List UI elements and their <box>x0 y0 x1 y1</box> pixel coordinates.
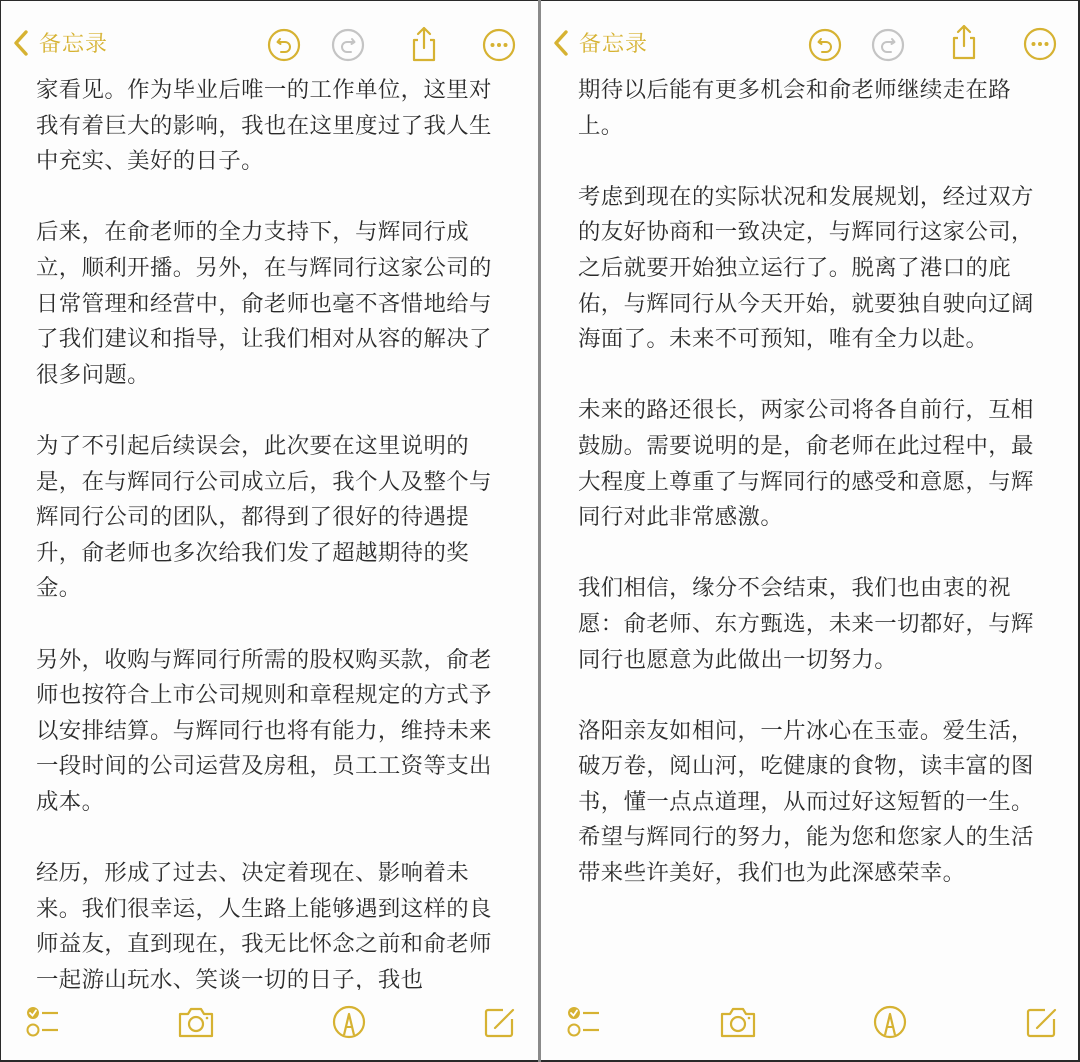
more-icon <box>482 28 516 62</box>
note-paragraph: 后来，在俞老师的全力支持下，与辉同行成立，顺利开播。另外，在与辉同行这家公司的日… <box>36 215 496 393</box>
redo-icon <box>871 28 905 62</box>
note-body[interactable]: 期待以后能有更多机会和俞老师继续走在路上。 考虑到现在的实际状况和发展规划，经过… <box>578 73 1038 927</box>
markup-button[interactable] <box>330 1004 368 1040</box>
checklist-button[interactable] <box>566 1004 604 1040</box>
note-paragraph: 洛阳亲友如相问，一片冰心在玉壶。爱生活，破万卷，阅山河，吃健康的食物，读丰富的图… <box>578 714 1038 892</box>
markup-pen-icon <box>330 1004 368 1040</box>
undo-icon <box>808 28 842 62</box>
note-paragraph: 家看见。作为毕业后唯一的工作单位，这里对我有着巨大的影响，我也在这里度过了我人生… <box>36 73 496 180</box>
note-paragraph: 经历，形成了过去、决定着现在、影响着未来。我们很幸运，人生路上能够遇到这样的良师… <box>36 856 496 998</box>
note-paragraph: 为了不引起后续误会，此次要在这里说明的是，在与辉同行公司成立后，我个人及整个与辉… <box>36 429 496 607</box>
share-button[interactable] <box>947 23 981 61</box>
notes-screen-right: 备忘录 期待以后能有更多机会和俞老师继续走在路上。 考虑到现在的实际状况和发展规… <box>541 1 1078 1060</box>
redo-icon <box>331 28 365 62</box>
checklist-icon <box>25 1004 63 1040</box>
share-icon <box>407 25 441 63</box>
redo-button[interactable] <box>331 28 365 62</box>
note-paragraph: 考虑到现在的实际状况和发展规划，经过双方的友好协商和一致决定，与辉同行这家公司，… <box>578 180 1038 358</box>
more-icon <box>1023 27 1057 61</box>
checklist-icon <box>566 1004 604 1040</box>
markup-button[interactable] <box>871 1004 909 1040</box>
compose-button[interactable] <box>481 1004 519 1040</box>
camera-button[interactable] <box>719 1004 757 1040</box>
note-paragraph: 我们相信，缘分不会结束，我们也由衷的祝愿：俞老师、东方甄选，未来一切都好，与辉同… <box>578 571 1038 678</box>
bottom-toolbar <box>1 990 538 1060</box>
note-paragraph: 期待以后能有更多机会和俞老师继续走在路上。 <box>578 73 1038 144</box>
chevron-left-icon <box>11 28 31 58</box>
compose-button[interactable] <box>1023 1004 1061 1040</box>
camera-icon <box>719 1004 757 1040</box>
share-button[interactable] <box>407 25 441 63</box>
navigation-bar: 备忘录 <box>1 1 538 79</box>
note-paragraph: 未来的路还很长，两家公司将各自前行，互相鼓励。需要说明的是，俞老师在此过程中，最… <box>578 393 1038 535</box>
more-button[interactable] <box>1023 27 1057 61</box>
notes-screen-left: 备忘录 家看见。作为毕业后唯一的工作单位，这里对我有着巨大的影响，我也在这里度过… <box>1 1 538 1060</box>
back-button[interactable]: 备忘录 <box>551 27 648 58</box>
compose-icon <box>1023 1004 1061 1040</box>
chevron-left-icon <box>551 28 571 58</box>
compose-icon <box>481 1004 519 1040</box>
bottom-toolbar <box>541 990 1078 1060</box>
back-label: 备忘录 <box>39 27 108 58</box>
undo-button[interactable] <box>808 28 842 62</box>
more-button[interactable] <box>482 28 516 62</box>
note-body[interactable]: 家看见。作为毕业后唯一的工作单位，这里对我有着巨大的影响，我也在这里度过了我人生… <box>36 73 496 1034</box>
undo-button[interactable] <box>267 28 301 62</box>
back-button[interactable]: 备忘录 <box>11 27 108 58</box>
navigation-bar: 备忘录 <box>541 1 1078 79</box>
note-paragraph: 另外，收购与辉同行所需的股权购买款，俞老师也按符合上市公司规则和章程规定的方式予… <box>36 643 496 821</box>
undo-icon <box>267 28 301 62</box>
markup-pen-icon <box>871 1004 909 1040</box>
camera-button[interactable] <box>177 1004 215 1040</box>
checklist-button[interactable] <box>25 1004 63 1040</box>
camera-icon <box>177 1004 215 1040</box>
share-icon <box>947 23 981 61</box>
redo-button[interactable] <box>871 28 905 62</box>
back-label: 备忘录 <box>579 27 648 58</box>
